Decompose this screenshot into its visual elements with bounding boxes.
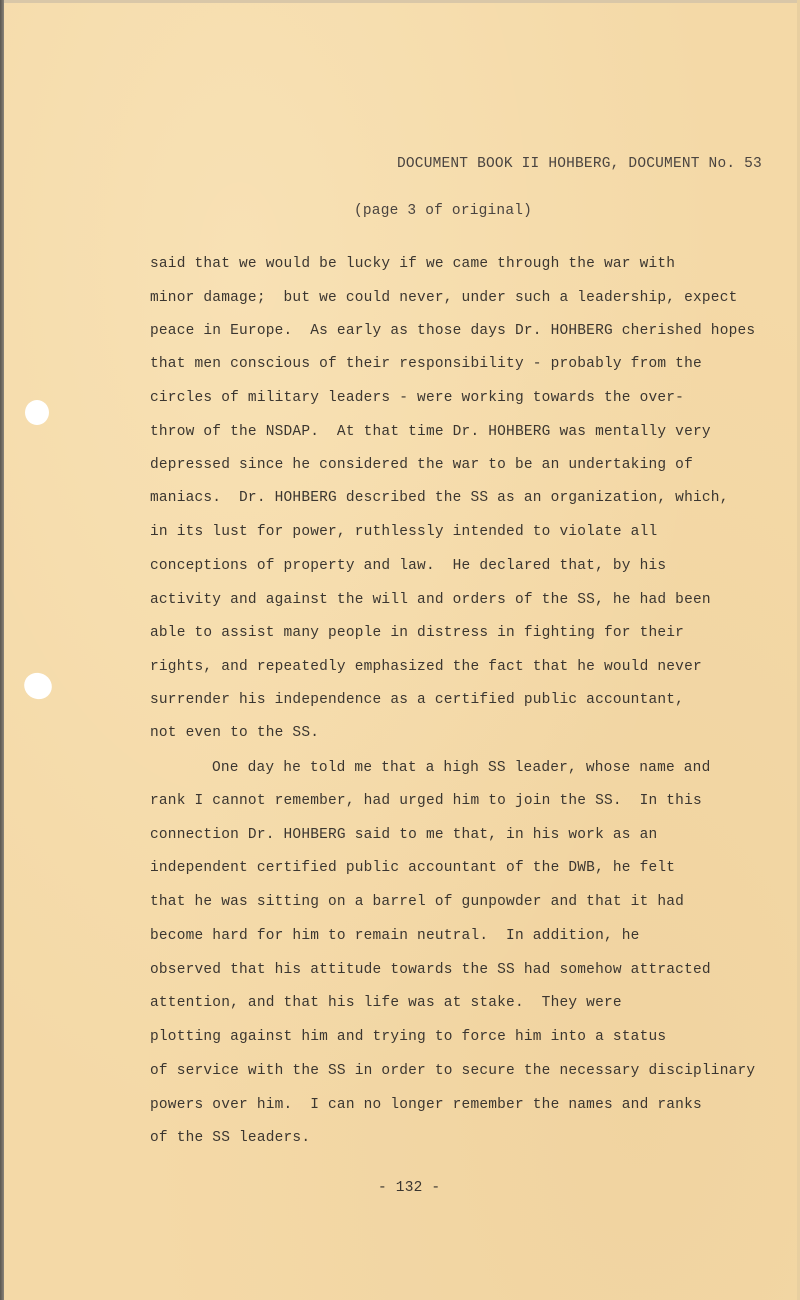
body-line: conceptions of property and law. He decl… (150, 558, 666, 574)
body-line: become hard for him to remain neutral. I… (150, 928, 640, 944)
body-line: attention, and that his life was at stak… (150, 995, 622, 1011)
body-line: maniacs. Dr. HOHBERG described the SS as… (150, 490, 729, 506)
body-line: able to assist many people in distress i… (150, 625, 684, 641)
body-line: independent certified public accountant … (150, 860, 675, 876)
body-line: in its lust for power, ruthlessly intend… (150, 524, 657, 540)
body-line: plotting against him and trying to force… (150, 1029, 666, 1045)
body-line: depressed since he considered the war to… (150, 457, 693, 473)
body-line: peace in Europe. As early as those days … (150, 323, 755, 339)
document-header: DOCUMENT BOOK II HOHBERG, DOCUMENT No. 5… (397, 156, 762, 172)
page-left-edge (0, 0, 4, 1300)
body-line: activity and against the will and orders… (150, 592, 711, 608)
body-line: throw of the NSDAP. At that time Dr. HOH… (150, 424, 711, 440)
page-top-edge (0, 0, 800, 3)
body-line: powers over him. I can no longer remembe… (150, 1097, 702, 1113)
body-line: connection Dr. HOHBERG said to me that, … (150, 827, 657, 843)
body-line: rank I cannot remember, had urged him to… (150, 793, 702, 809)
punch-hole-icon (20, 668, 56, 703)
body-line: One day he told me that a high SS leader… (212, 760, 710, 776)
document-page: DOCUMENT BOOK II HOHBERG, DOCUMENT No. 5… (0, 0, 800, 1300)
page-number: - 132 - (378, 1180, 440, 1196)
body-line: that men conscious of their responsibili… (150, 356, 702, 372)
page-reference: (page 3 of original) (354, 203, 532, 219)
body-line: surrender his independence as a certifie… (150, 692, 684, 708)
body-line: observed that his attitude towards the S… (150, 962, 711, 978)
body-line: of the SS leaders. (150, 1130, 310, 1146)
body-line: said that we would be lucky if we came t… (150, 256, 675, 272)
body-line: minor damage; but we could never, under … (150, 290, 738, 306)
punch-hole-icon (25, 400, 49, 425)
body-line: that he was sitting on a barrel of gunpo… (150, 894, 684, 910)
body-line: of service with the SS in order to secur… (150, 1063, 755, 1079)
body-line: rights, and repeatedly emphasized the fa… (150, 659, 702, 675)
body-line: not even to the SS. (150, 725, 319, 741)
body-line: circles of military leaders - were worki… (150, 390, 684, 406)
